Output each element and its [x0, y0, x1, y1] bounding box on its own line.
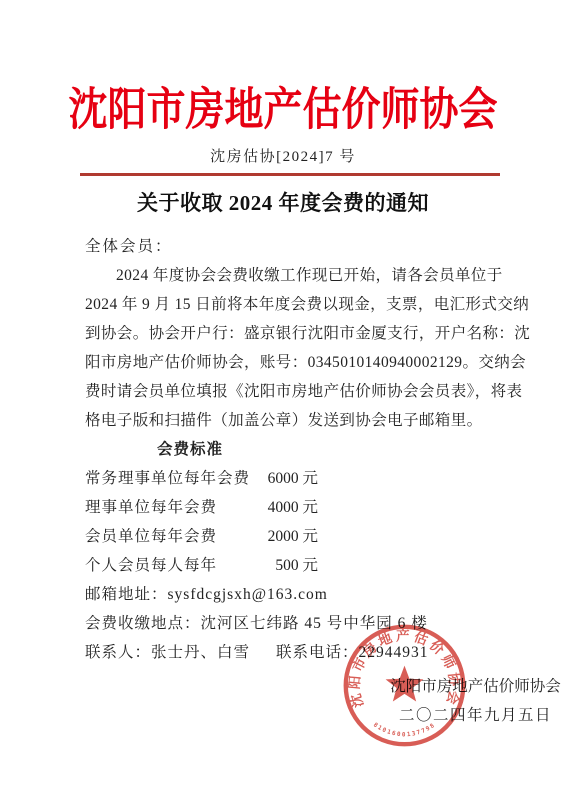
paragraph-line: 格电子版和扫描件（加盖公章）发送到协会电子邮箱里。	[85, 406, 490, 435]
main-paragraph: 2024 年度协会会费收缴工作现已开始，请各会员单位于 2024 年 9 月 1…	[85, 261, 490, 435]
signature-org: 沈阳市房地产估价师协会	[383, 672, 566, 701]
payment-location-line: 会费收缴地点：沈河区七纬路 45 号中华园 6 楼	[85, 609, 490, 638]
letterhead-divider	[80, 173, 500, 176]
fee-label: 理事单位每年会费	[85, 493, 263, 522]
fee-row: 个人会员每人每年 500 元	[85, 551, 490, 580]
fee-row: 理事单位每年会费 4000 元	[85, 493, 490, 522]
notice-body: 全体会员： 2024 年度协会会费收缴工作现已开始，请各会员单位于 2024 年…	[85, 232, 490, 730]
fee-amount: 4000 元	[263, 493, 318, 522]
location-value: 沈河区七纬路 45 号中华园 6 楼	[201, 615, 428, 632]
paragraph-line: 到协会。协会开户行：盛京银行沈阳市金厦支行，开户名称：沈	[85, 319, 490, 348]
email-value: sysfdcgjsxh@163.com	[168, 586, 328, 603]
fee-row: 会员单位每年会费 2000 元	[85, 522, 490, 551]
email-line: 邮箱地址：sysfdcgjsxh@163.com	[85, 580, 490, 609]
document-page: 沈阳市房地产估价师协会 沈房估协[2024]7 号 关于收取 2024 年度会费…	[0, 0, 566, 800]
fee-label: 会员单位每年会费	[85, 522, 263, 551]
letterhead-org-name: 沈阳市房地产估价师协会	[0, 84, 566, 138]
signature-block: 沈阳市房地产估价师协会 二〇二四年九月五日	[383, 672, 566, 730]
fee-schedule-heading: 会费标准	[157, 435, 490, 464]
paragraph-line: 2024 年度协会会费收缴工作现已开始，请各会员单位于	[85, 261, 490, 290]
paragraph-line: 2024 年 9 月 15 日前将本年度会费以现金，支票，电汇形式交纳	[85, 290, 490, 319]
fee-label: 常务理事单位每年会费	[85, 464, 263, 493]
signature-date: 二〇二四年九月五日	[383, 701, 566, 730]
fee-amount: 500 元	[263, 551, 318, 580]
contact-persons: 张士丹、白雪	[151, 644, 250, 661]
salutation: 全体会员：	[85, 232, 490, 261]
fee-label: 个人会员每人每年	[85, 551, 263, 580]
paragraph-line: 费时请会员单位填报《沈阳市房地产估价师协会会员表》，将表	[85, 377, 490, 406]
phone-label: 联系电话：	[276, 644, 359, 661]
email-label: 邮箱地址：	[85, 586, 168, 603]
location-label: 会费收缴地点：	[85, 615, 201, 632]
fee-amount: 6000 元	[263, 464, 318, 493]
document-number: 沈房估协[2024]7 号	[0, 145, 566, 166]
phone-number: 22944931	[359, 644, 429, 661]
notice-title: 关于收取 2024 年度会费的通知	[0, 187, 566, 217]
contact-persons-label: 联系人：	[85, 644, 151, 661]
paragraph-line: 阳市房地产估价师协会，账号：0345010140940002129。交纳会	[85, 348, 490, 377]
contact-line: 联系人：张士丹、白雪联系电话：22944931	[85, 638, 490, 667]
fee-row: 常务理事单位每年会费 6000 元	[85, 464, 490, 493]
fee-amount: 2000 元	[263, 522, 318, 551]
